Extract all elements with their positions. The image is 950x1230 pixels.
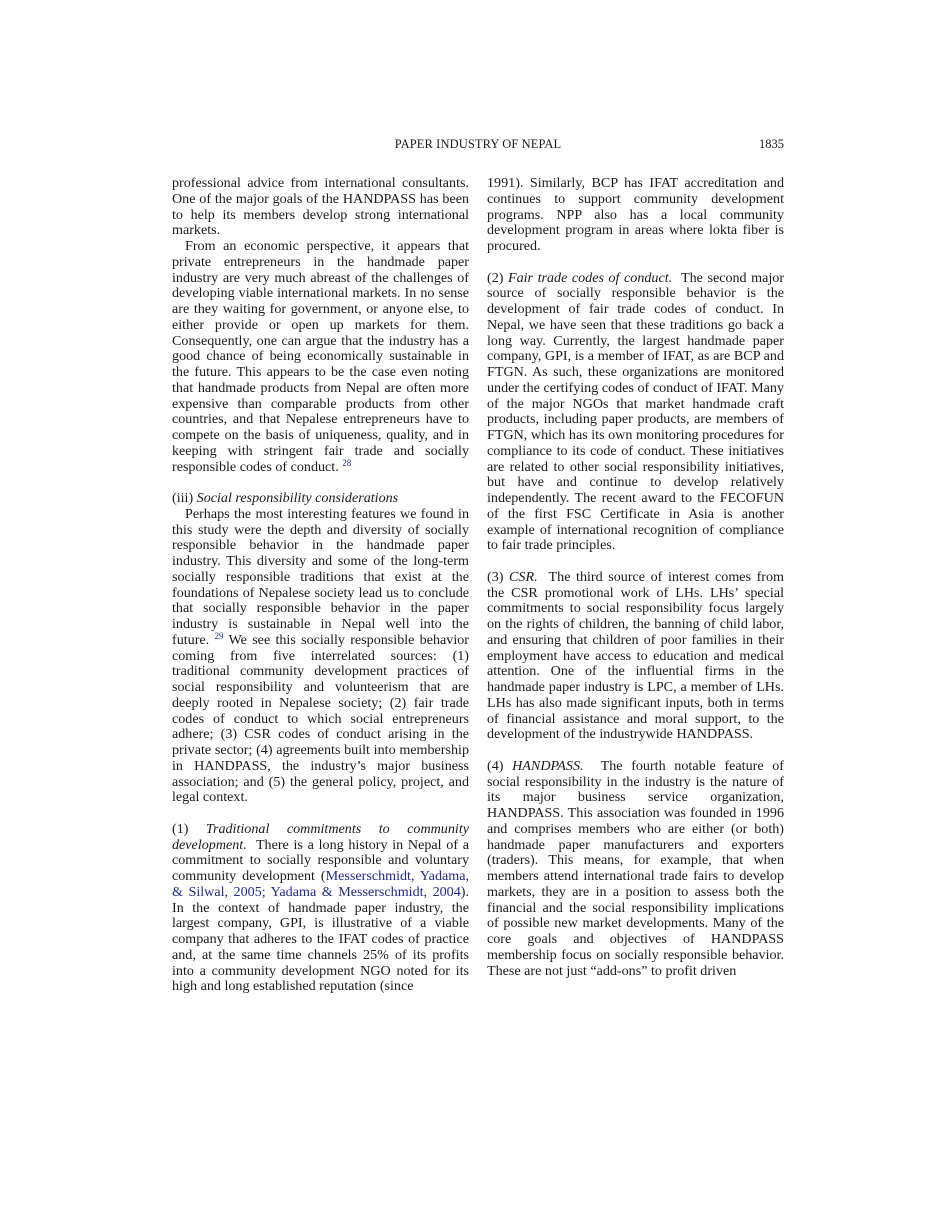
item-title: Fair trade codes of conduct. [508, 270, 672, 286]
paragraph-continuation: 1991). Similarly, BCP has IFAT accredita… [487, 176, 784, 255]
item-csr: (3) CSR. The third source of interest co… [487, 570, 784, 743]
running-title: PAPER INDUSTRY OF NEPAL [172, 137, 784, 152]
paragraph-text: We see this socially responsible behavio… [172, 632, 469, 806]
item-traditional-commitments: (1) Traditional commitments to community… [172, 822, 469, 995]
section-title: Social responsibility considerations [197, 490, 398, 506]
paragraph-text: Perhaps the most interesting features we… [172, 506, 469, 648]
item-text: ). In the context of handmade paper indu… [172, 884, 469, 995]
item-title: CSR. [509, 569, 538, 585]
item-title: HANDPASS. [512, 758, 583, 774]
paragraph-social-responsibility: Perhaps the most interesting features we… [172, 507, 469, 806]
item-number: (4) [487, 758, 503, 774]
item-text: The second major source of socially resp… [487, 270, 784, 554]
left-column: professional advice from international c… [172, 176, 469, 995]
page-number: 1835 [759, 137, 784, 152]
running-header: PAPER INDUSTRY OF NEPAL 1835 [172, 137, 784, 153]
item-handpass: (4) HANDPASS. The fourth notable feature… [487, 759, 784, 980]
item-number: (2) [487, 270, 503, 286]
paragraph-text: From an economic perspective, it appears… [172, 238, 469, 475]
paragraph-economic-perspective: From an economic perspective, it appears… [172, 239, 469, 475]
item-text: The fourth notable feature of social res… [487, 758, 784, 979]
item-fair-trade: (2) Fair trade codes of conduct. The sec… [487, 271, 784, 555]
section-heading: (iii) Social responsibility consideratio… [172, 491, 469, 507]
footnote-link-29[interactable]: 29 [214, 631, 223, 641]
paragraph-continuation: professional advice from international c… [172, 176, 469, 239]
section-number: (iii) [172, 490, 193, 506]
footnote-link-28[interactable]: 28 [342, 458, 351, 468]
right-column: 1991). Similarly, BCP has IFAT accredita… [487, 176, 784, 979]
item-text: The third source of interest comes from … [487, 569, 784, 743]
item-number: (3) [487, 569, 503, 585]
item-number: (1) [172, 821, 188, 837]
